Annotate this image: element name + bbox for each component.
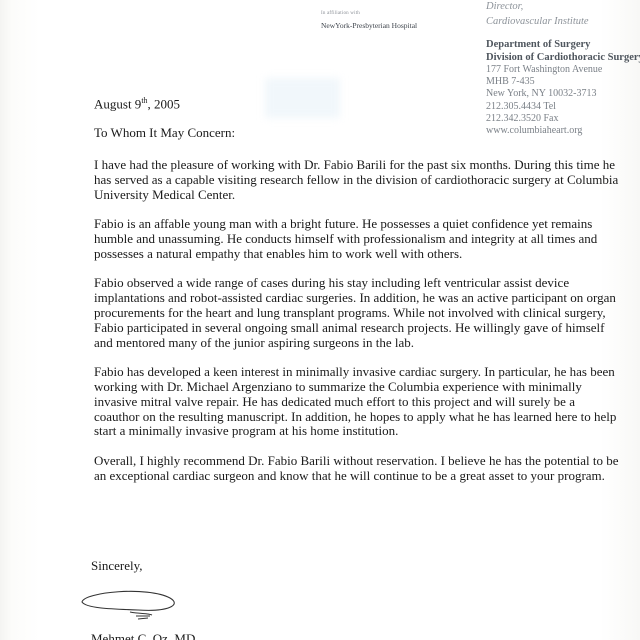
signature-scribble-icon	[78, 588, 188, 624]
date-month-day: August 9	[94, 96, 141, 111]
affiliation-caption: In affiliation with	[321, 11, 360, 16]
letter-date: August 9th, 2005	[94, 96, 180, 112]
signer-name: Mehmet C. Oz, MD	[91, 631, 195, 640]
salutation: To Whom It May Concern:	[94, 125, 235, 141]
letter-page: In affiliation with NewYork-Presbyterian…	[0, 0, 640, 640]
address-line-3: New York, NY 10032-3713	[486, 88, 640, 100]
department-name: Department of Surgery	[486, 38, 640, 51]
paragraph-2: Fabio is an affable young man with a bri…	[94, 217, 619, 261]
website: www.columbiaheart.org	[486, 125, 640, 137]
paragraph-1: I have had the pleasure of working with …	[94, 158, 619, 202]
signature	[78, 588, 188, 629]
division-name: Division of Cardiothoracic Surgery	[486, 51, 640, 64]
paragraph-4: Fabio has developed a keen interest in m…	[94, 365, 619, 439]
department-address-block: Department of Surgery Division of Cardio…	[486, 38, 640, 137]
scan-smudge	[265, 78, 340, 118]
telephone: 212.305.4434 Tel	[486, 101, 640, 113]
director-institute: Cardiovascular Institute	[486, 15, 589, 30]
address-line-2: MHB 7-435	[486, 76, 640, 88]
paragraph-5: Overall, I highly recommend Dr. Fabio Ba…	[94, 454, 619, 484]
paragraph-3: Fabio observed a wide range of cases dur…	[94, 276, 619, 350]
closing: Sincerely,	[91, 558, 143, 574]
director-block: Director, Cardiovascular Institute	[486, 0, 589, 29]
director-title: Director,	[486, 0, 589, 15]
affiliation-hospital: NewYork-Presbyterian Hospital	[321, 21, 417, 30]
address-line-1: 177 Fort Washington Avenue	[486, 64, 640, 76]
date-year: , 2005	[148, 96, 181, 111]
letter-body: I have had the pleasure of working with …	[94, 158, 619, 498]
fax: 212.342.3520 Fax	[486, 113, 640, 125]
